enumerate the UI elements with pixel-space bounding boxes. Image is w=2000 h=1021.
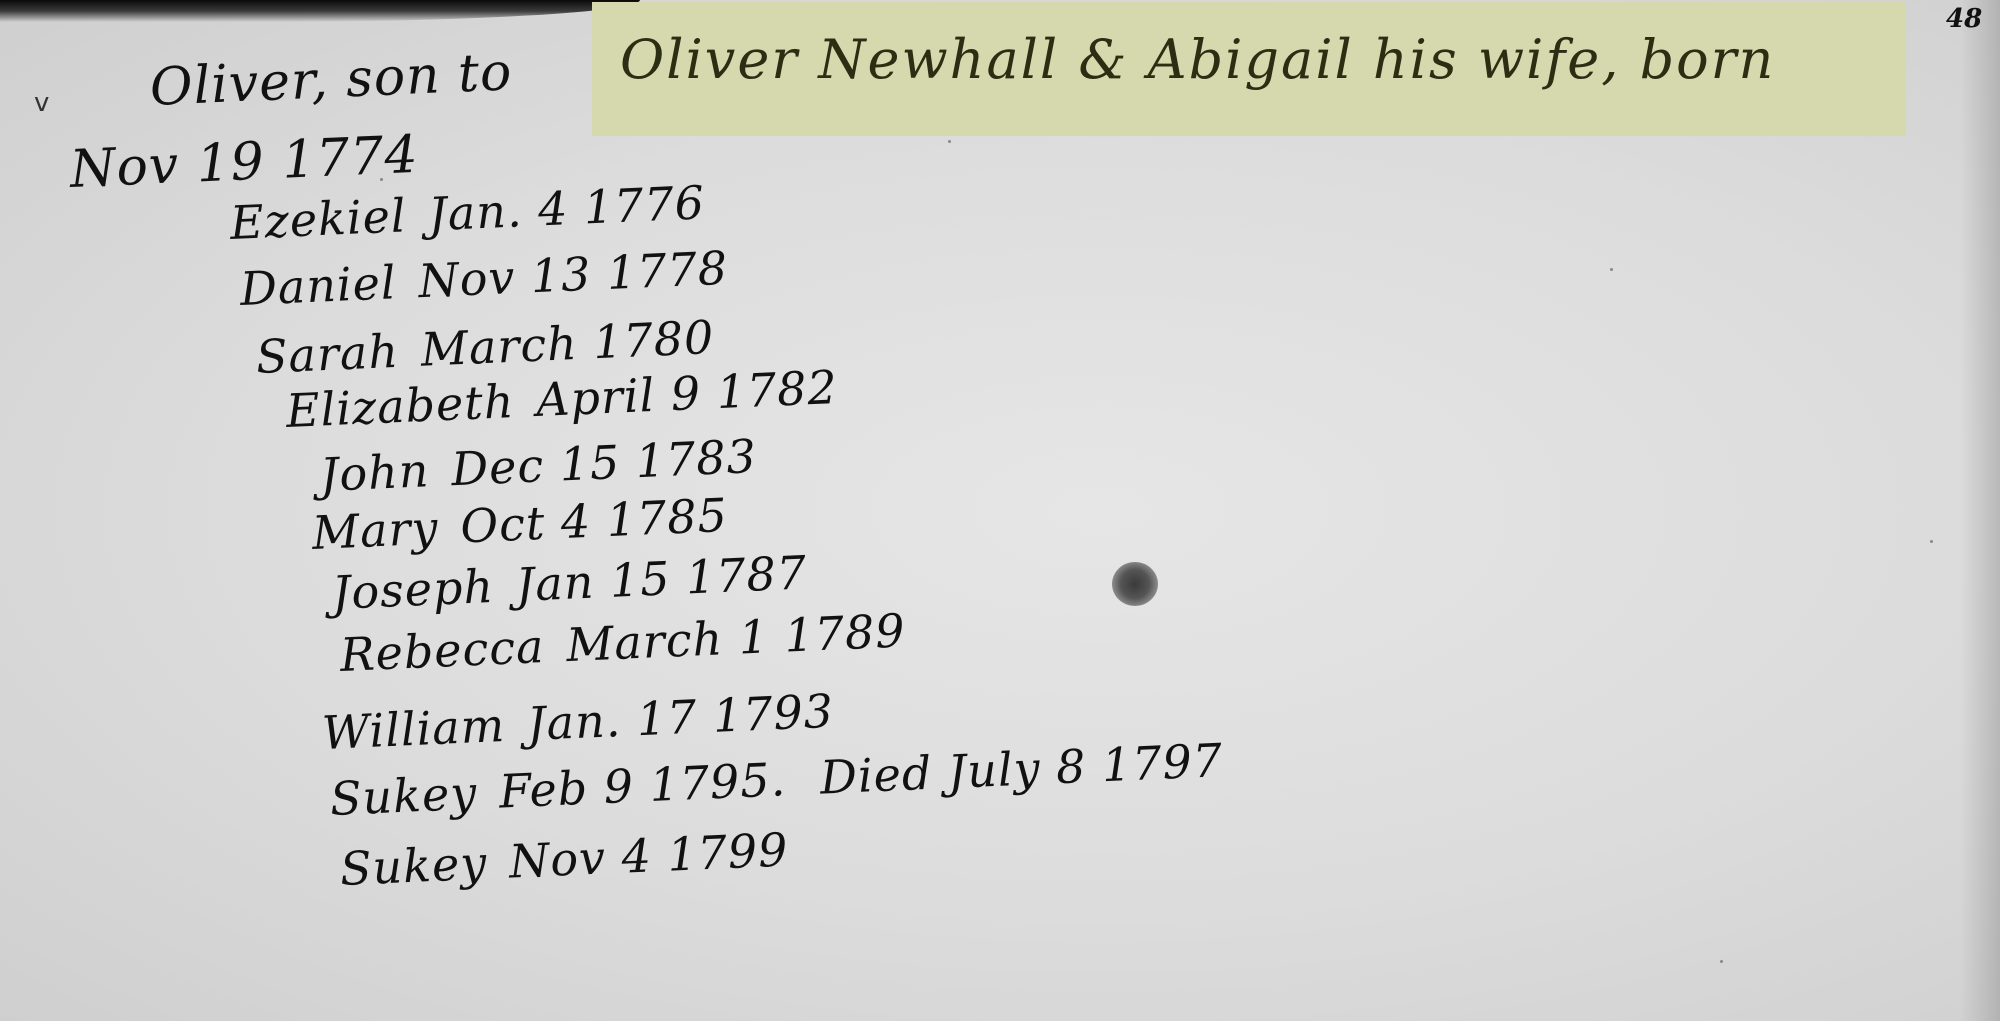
- register-entry: SukeyNov 4 1799: [339, 822, 790, 896]
- highlighted-header-text: Oliver Newhall & Abigail his wife, born: [620, 28, 1775, 91]
- register-entry: JosephJan 15 1787: [331, 545, 808, 620]
- entry-death-note: Died July 8 1797: [819, 733, 1224, 805]
- entry-name: William: [321, 698, 507, 760]
- paper-speck: [380, 178, 383, 181]
- first-entry-date: Nov 19 1774: [69, 125, 420, 200]
- page-edge-shadow: [0, 0, 640, 22]
- entry-date: Nov 13 1778: [417, 241, 729, 308]
- entry-date: Nov 4 1799: [508, 822, 790, 888]
- entry-date: Jan. 4 1776: [427, 175, 706, 241]
- ink-blot: [1112, 562, 1158, 606]
- entry-name: Rebecca: [339, 619, 546, 682]
- entry-name: Mary: [311, 501, 440, 560]
- entry-name: Joseph: [331, 559, 495, 620]
- entry-date: March 1 1789: [565, 603, 907, 672]
- paper-speck: [1720, 960, 1723, 963]
- entry-date: April 9 1782: [535, 360, 839, 427]
- entry-name: Sukey: [329, 766, 478, 826]
- register-entry: WilliamJan. 17 1793: [321, 684, 835, 760]
- margin-check-mark: v: [34, 88, 49, 118]
- entry-date: Jan 15 1787: [515, 545, 808, 612]
- entry-name: Sukey: [339, 836, 488, 896]
- entry-name: Elizabeth: [285, 374, 516, 438]
- page-edge-shadow-right: [1960, 0, 2000, 1021]
- document-page: Oliver Newhall & Abigail his wife, born …: [0, 0, 2000, 1021]
- entry-name: Sarah: [255, 324, 400, 384]
- paper-speck: [948, 140, 951, 143]
- paper-speck: [1930, 540, 1933, 543]
- entry-date: Feb 9 1795.: [498, 752, 787, 818]
- entry-name: Daniel: [239, 255, 398, 316]
- entry-date: Jan. 17 1793: [526, 684, 835, 751]
- entry-date: Dec 15 1783: [450, 429, 758, 496]
- paper-speck: [1610, 268, 1613, 271]
- entry-name: Ezekiel: [229, 188, 408, 250]
- entry-date: Oct 4 1785: [459, 488, 729, 554]
- register-entry: DanielNov 13 1778: [239, 241, 729, 316]
- header-prefix: Oliver, son to: [149, 42, 514, 118]
- entry-name: John: [319, 443, 431, 502]
- page-number: 48: [1946, 4, 1982, 34]
